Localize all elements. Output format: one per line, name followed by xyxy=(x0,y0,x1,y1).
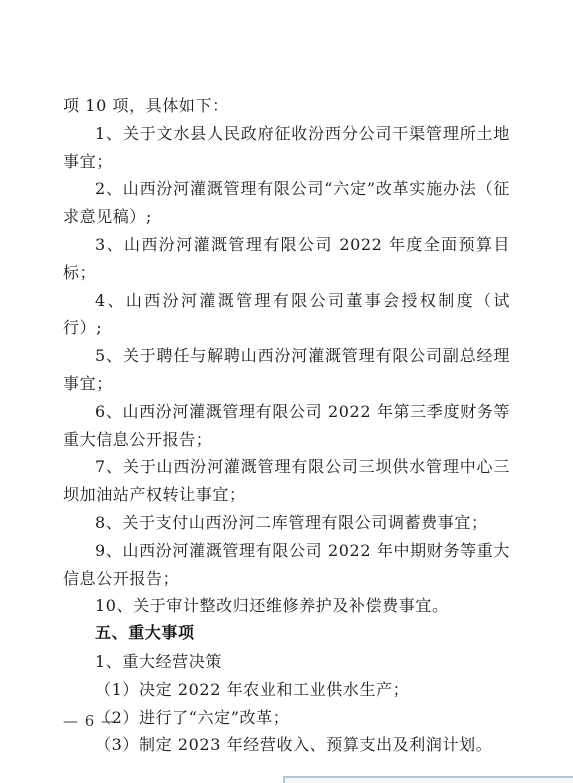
sub-item-2: （2）进行了“六定”改革； xyxy=(63,704,510,732)
intro-continuation-line: 项 10 项，具体如下： xyxy=(63,92,510,120)
list-item-6: 6、山西汾河灌溉管理有限公司 2022 年第三季度财务等重大信息公开报告； xyxy=(63,398,510,454)
list-item-4: 4、山西汾河灌溉管理有限公司董事会授权制度（试行）; xyxy=(63,287,510,343)
list-item-5: 5、关于聘任与解聘山西汾河灌溉管理有限公司副总经理事宜； xyxy=(63,342,510,398)
subsection-heading-decisions: 1、重大经营决策 xyxy=(63,648,510,676)
cutoff-overlay-panel-edge xyxy=(283,776,573,783)
list-item-2: 2、山西汾河灌溉管理有限公司“六定”改革实施办法（征求意见稿）; xyxy=(63,175,510,231)
section-heading-major-matters: 五、重大事项 xyxy=(63,620,510,648)
document-page: 项 10 项，具体如下： 1、关于文水县人民政府征收汾西分公司干渠管理所土地事宜… xyxy=(0,0,573,783)
sub-item-3: （3）制定 2023 年经营收入、预算支出及利润计划。 xyxy=(63,731,510,759)
page-number: — 6 — xyxy=(63,712,117,730)
list-item-10: 10、关于审计整改归还维修养护及补偿费事宜。 xyxy=(63,592,510,620)
list-item-8: 8、关于支付山西汾河二库管理有限公司调蓄费事宜； xyxy=(63,509,510,537)
list-item-1: 1、关于文水县人民政府征收汾西分公司干渠管理所土地事宜； xyxy=(63,120,510,176)
list-item-9: 9、山西汾河灌溉管理有限公司 2022 年中期财务等重大信息公开报告； xyxy=(63,537,510,593)
sub-item-1: （1）决定 2022 年农业和工业供水生产； xyxy=(63,676,510,704)
list-item-7: 7、关于山西汾河灌溉管理有限公司三坝供水管理中心三坝加油站产权转让事宜； xyxy=(63,453,510,509)
document-text-block: 项 10 项，具体如下： 1、关于文水县人民政府征收汾西分公司干渠管理所土地事宜… xyxy=(63,92,510,759)
list-item-3: 3、山西汾河灌溉管理有限公司 2022 年度全面预算目标； xyxy=(63,231,510,287)
